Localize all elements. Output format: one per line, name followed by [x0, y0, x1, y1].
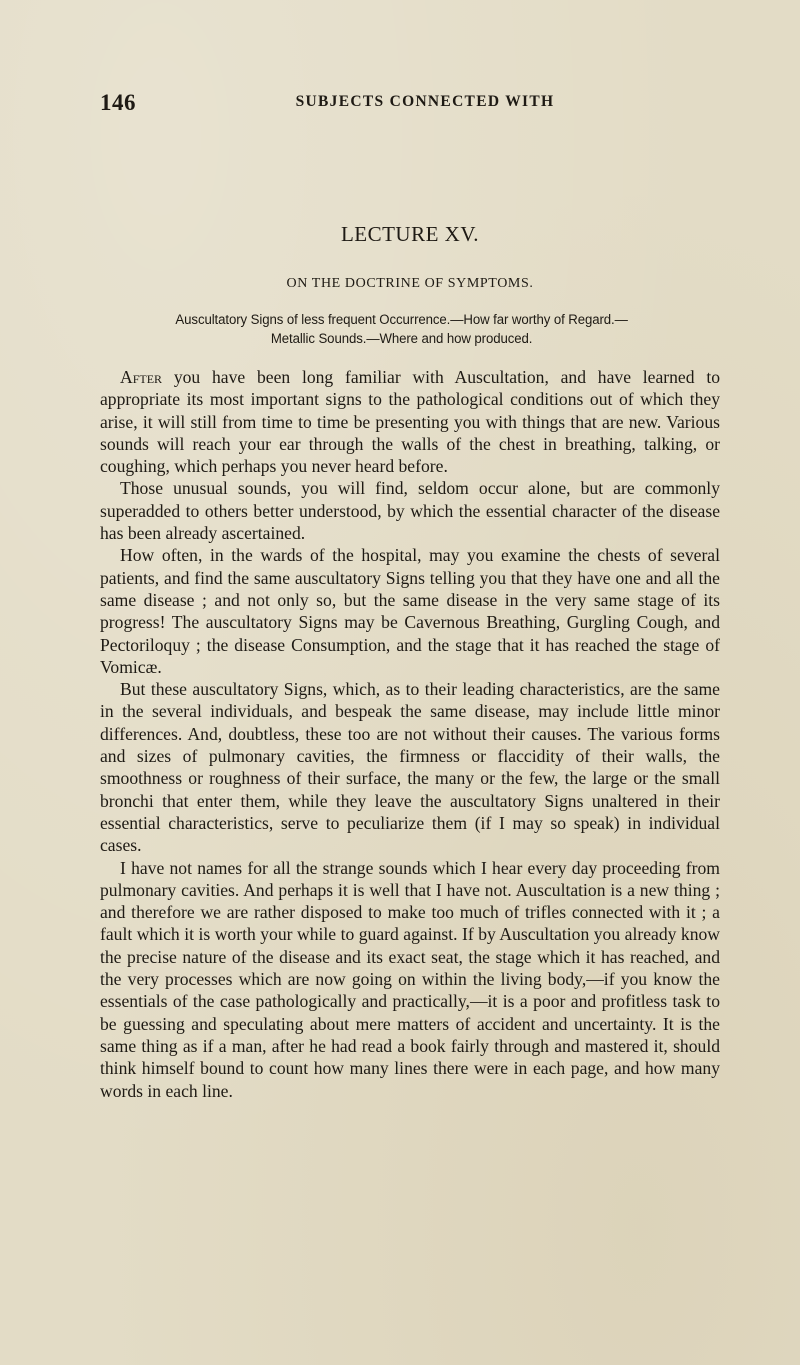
paragraph-text: I have not names for all the strange sou… — [100, 858, 720, 1101]
running-head: 146 SUBJECTS CONNECTED WITH — [100, 90, 720, 120]
paragraph-lead-word: After — [120, 367, 162, 387]
synopsis-line: Auscultatory Signs of less frequent Occu… — [88, 310, 715, 329]
running-title: SUBJECTS CONNECTED WITH — [100, 93, 720, 111]
paragraph-text: But these auscultatory Signs, which, as … — [100, 679, 720, 855]
lecture-title: LECTURE XV. — [100, 222, 720, 247]
paragraph-text: you have been long familiar with Auscult… — [100, 367, 720, 476]
paragraph: I have not names for all the strange sou… — [100, 857, 720, 1102]
paragraph: After you have been long familiar with A… — [100, 366, 720, 477]
paragraph-text: How often, in the wards of the hospital,… — [100, 545, 720, 676]
paragraph: How often, in the wards of the hospital,… — [100, 544, 720, 678]
body-text: After you have been long familiar with A… — [100, 366, 720, 1102]
lecture-subtitle: ON THE DOCTRINE OF SYMPTOMS. — [100, 276, 720, 292]
lecture-synopsis: Auscultatory Signs of less frequent Occu… — [88, 310, 715, 348]
paragraph: Those unusual sounds, you will find, sel… — [100, 477, 720, 544]
synopsis-line: Metallic Sounds.—Where and how produced. — [88, 329, 715, 348]
paragraph: But these auscultatory Signs, which, as … — [100, 678, 720, 856]
paragraph-text: Those unusual sounds, you will find, sel… — [100, 478, 720, 543]
